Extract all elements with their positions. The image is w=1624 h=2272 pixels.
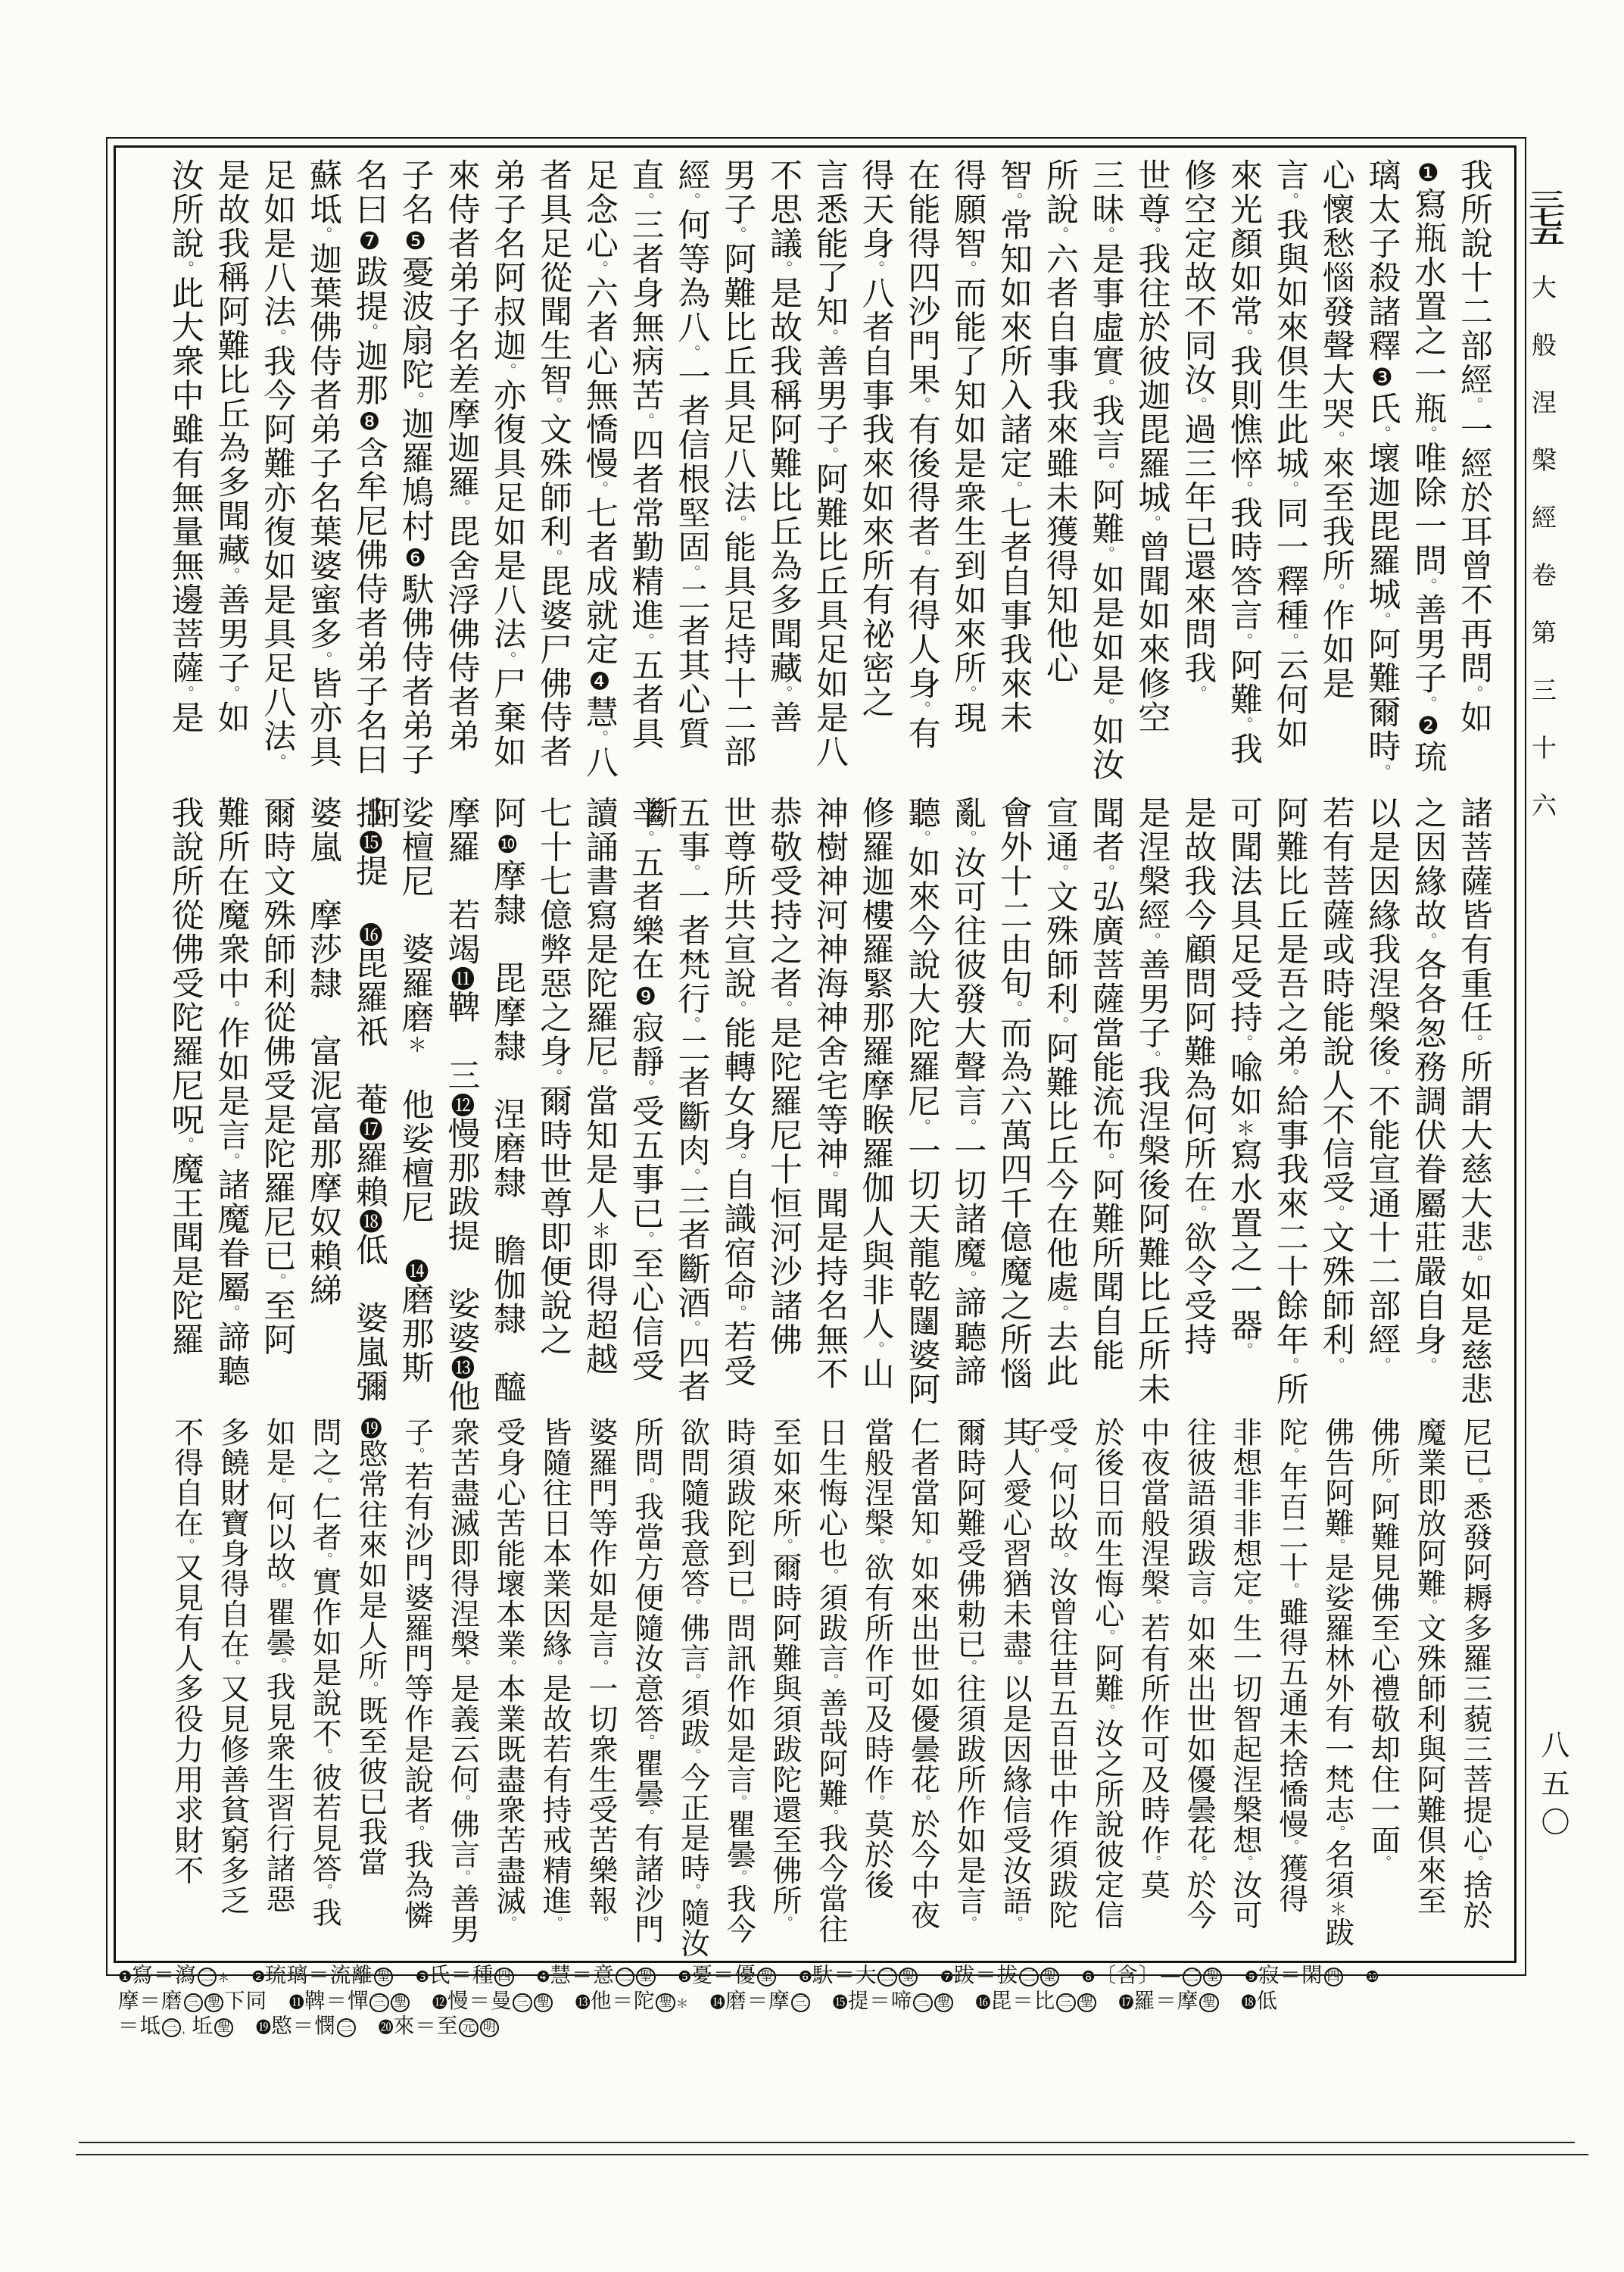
- text-column: 是故我今顧問阿難為何所在。欲令受持: [1167, 796, 1214, 1414]
- text-column: 陀。年百二十。雖得五通未捨憍慢。獲得: [1260, 1417, 1306, 1959]
- text-column: 阿難比丘是吾之弟。給事我來二十餘年。所: [1260, 796, 1306, 1414]
- text-column: 娑檀尼 婆羅磨＊ 他娑檀尼 ⓮磨那斯 阿: [385, 796, 432, 1414]
- text-column: 我所說十二部經。一經於耳曾不再問。如: [1444, 158, 1490, 793]
- text-column: 多饒財寶身得自在。又見修善貧窮多乏: [201, 1417, 248, 1959]
- text-column: 諸菩薩皆有重任。所謂大慈大悲。如是慈悲: [1444, 796, 1490, 1414]
- text-column: 欲問隨我意答。佛言。須跋。今正是時。隨汝: [662, 1417, 708, 1959]
- text-column: 宣通。文殊師利。阿難比丘今在他處。去此: [1030, 796, 1076, 1414]
- text-column: 爾時文殊師利從佛受是陀羅尼已。至阿: [247, 796, 293, 1414]
- text-column: 世尊。我往於彼迦毘羅城。曾聞如來修空: [1122, 158, 1168, 793]
- text-column: 難所在魔衆中。作如是言。諸魔眷屬。諦聽: [201, 796, 248, 1414]
- text-column: 爾時阿難受佛勅已。往須跋所作如是言。: [937, 1417, 983, 1959]
- text-column: 婆羅門等作如是言。一切衆生受苦樂報。: [569, 1417, 616, 1959]
- text-column: 所說。六者自事我來雖未獲得知他心: [1030, 158, 1076, 793]
- text-column: 男子。阿難比丘具足八法。能具足持十二部: [707, 158, 753, 793]
- text-column: 拙⓯提 ⓰毘羅祇 菴⓱羅賴⓲低 婆嵐彌: [339, 796, 385, 1414]
- text-column: 心懷愁惱發聲大哭。來至我所。作如是: [1306, 158, 1352, 793]
- text-column: 直。三者身無病苦。四者常勤精進。五者具: [616, 158, 662, 793]
- text-column: 如是。何以故。瞿曇。我見衆生習行諸惡: [247, 1417, 293, 1959]
- text-column: 阿❿摩隸 毘摩隸 涅磨隸 瞻伽隸 醯: [477, 796, 523, 1414]
- text-column: 摩羅 若竭⓫鞞 三⓬慢那跋提 娑婆⓭他: [432, 796, 478, 1414]
- text-column: 得願智。而能了知如是衆生到如來所。現: [937, 158, 983, 793]
- text-column: 魔業即放阿難。文殊師利與阿難倶來至: [1398, 1417, 1444, 1959]
- text-column: ⓳愍常往來如是人所。既至彼已我當: [339, 1417, 385, 1959]
- text-column: 皆隨往日本業因緣。是故若有持戒精進。: [523, 1417, 569, 1959]
- text-column: 蘇坻。迦葉佛侍者弟子名葉婆蜜多。皆亦具: [293, 158, 339, 793]
- text-column: 辛。五者樂在❾寂靜。受五事已。至心信受: [616, 796, 662, 1414]
- text-column: 不得自在。又見有人多役力用求財不: [155, 1417, 201, 1959]
- text-column: 足如是八法。我今阿難亦復如是具足八法。: [247, 158, 293, 793]
- text-column: 世尊所共宣說。能轉女身。自識宿命。若受: [707, 796, 753, 1414]
- text-column: 言。我與如來倶生此城。同一釋種。云何如: [1260, 158, 1306, 793]
- text-column: ❶寫瓶水置之一瓶。唯除一問。善男子。❷琉: [1398, 158, 1444, 793]
- text-column: 來侍者弟子名差摩迦羅。毘舍浮佛侍者弟: [432, 158, 478, 793]
- text-column: 仁者當知。如來出世如優曇花。於今中夜: [892, 1417, 938, 1959]
- collation-footnotes: ❶寫＝瀉三＊ ❷琉璃＝流離聖 ❸氏＝種四 ❹慧＝意三聖 ❺憂＝優聖 ❻馱＝大三聖…: [118, 1963, 1443, 2039]
- text-column: 以是因緣我涅槃後。不能宣通十二部經。: [1352, 796, 1398, 1414]
- text-column: 是涅槃經。善男子。我涅槃後阿難比丘所未: [1122, 796, 1168, 1414]
- text-column: 會外十二由旬。而為六萬四千億魔之所惱: [983, 796, 1030, 1414]
- text-column: 我說所從佛受陀羅尼呪。魔王聞是陀羅: [155, 796, 201, 1414]
- footnote-row: ＝坻三，坵聖 ⓳愍＝憫三 ⓴來＝至元明: [118, 2014, 1443, 2039]
- text-column: 不思議。是故我稱阿難比丘為多聞藏。善: [753, 158, 800, 793]
- margin-volume-page-number: 三七五: [1519, 189, 1569, 243]
- text-column: 智。常知如來所入諸定。七者自事我來未: [983, 158, 1030, 793]
- text-column: 衆苦盡滅即得涅槃。是義云何。佛言。善男: [432, 1417, 478, 1959]
- text-column: 修羅迦樓羅緊那羅摩睺羅伽人與非人。山: [846, 796, 892, 1414]
- text-column: 之因緣故。各各怱務調伏眷屬莊嚴自身。: [1398, 796, 1444, 1414]
- text-column: 中夜當般涅槃。若有所作可及時作。莫: [1122, 1417, 1168, 1959]
- text-column: 其人愛心習猶未盡。以是因緣信受汝語。: [983, 1417, 1030, 1959]
- text-band-lower: 尼已。悉發阿耨多羅三藐三菩提心。捨於魔業即放阿難。文殊師利與阿難倶來至佛所。阿難…: [146, 1417, 1490, 1959]
- text-column: 恭敬受持之者。是陀羅尼十恒河沙諸佛: [753, 796, 800, 1414]
- text-column: 言悉能了知。善男子。阿難比丘具足如是八: [800, 158, 846, 793]
- text-band-upper: 我所說十二部經。一經於耳曾不再問。如❶寫瓶水置之一瓶。唯除一問。善男子。❷琉璃太…: [146, 158, 1490, 793]
- margin-scripture-title: 大般涅槃經卷第三十六: [1525, 274, 1560, 850]
- text-column: 子。若有沙門婆羅門等作是說者。我為憐: [385, 1417, 432, 1959]
- text-column: 聞者。弘廣菩薩當能流布。阿難所聞自能: [1076, 796, 1122, 1414]
- text-column: 子名❺憂波扇陀。迦羅鳩村❻馱佛侍者弟子: [385, 158, 432, 793]
- text-column: 神樹神河神海神舍宅等神。聞是持名無不: [800, 796, 846, 1414]
- text-column: 者具足從聞生智。文殊師利。毘婆尸佛侍者: [523, 158, 569, 793]
- text-column: 佛所。阿難見佛至心禮敬却住一面。: [1352, 1417, 1398, 1959]
- text-column: 讀誦書寫是陀羅尼。當知是人＊即得超越: [569, 796, 616, 1414]
- text-column: 日生悔心也。須跋言。善哉阿難。我今當往: [800, 1417, 846, 1959]
- text-column: 當般涅槃。欲有所作可及時作。莫於後: [846, 1417, 892, 1959]
- text-band-middle: 諸菩薩皆有重任。所謂大慈大悲。如是慈悲之因緣故。各各怱務調伏眷屬莊嚴自身。以是因…: [146, 796, 1490, 1414]
- text-column: 尼已。悉發阿耨多羅三藐三菩提心。捨於: [1444, 1417, 1490, 1959]
- footnote-row: ❶寫＝瀉三＊ ❷琉璃＝流離聖 ❸氏＝種四 ❹慧＝意三聖 ❺憂＝優聖 ❻馱＝大三聖…: [118, 1963, 1443, 1989]
- text-column: 可聞法具足受持。喩如＊寫水置之一器。: [1214, 796, 1260, 1414]
- text-column: 問之。仁者。實作如是說不。彼若見答。我: [293, 1417, 339, 1959]
- bottom-rule: [79, 2142, 1575, 2143]
- text-column: 是故我稱阿難比丘為多聞藏。善男子。如: [201, 158, 248, 793]
- page: { "margin": { "volume_page": "三七五", "scr…: [0, 0, 1624, 2272]
- text-frame: 我所說十二部經。一經於耳曾不再問。如❶寫瓶水置之一瓶。唯除一問。善男子。❷琉璃太…: [114, 145, 1516, 1963]
- text-column: 佛告阿難。是娑羅林外有一梵志。名須＊跋: [1306, 1417, 1352, 1959]
- text-column: 足念心。六者心無憍慢。七者成就定❹慧。八: [569, 158, 616, 793]
- text-column: 受身心苦能壞本業。本業既盡衆苦盡滅。: [477, 1417, 523, 1959]
- text-column: 弟子名阿叔迦。亦復具足如是八法。尸棄如: [477, 158, 523, 793]
- text-column: 受。何以故。汝曾往昔五百世中作須跋陀子。: [1030, 1417, 1076, 1959]
- text-column: 三昧。是事虛實。我言。阿難。如是如是。如汝: [1076, 158, 1122, 793]
- text-column: 所問。我當方便隨汝意答。瞿曇。有諸沙門: [616, 1417, 662, 1959]
- text-column: 在能得四沙門果。有後得者。有得人身。有: [892, 158, 938, 793]
- text-column: 汝所說。此大衆中雖有無量無邊菩薩。是: [155, 158, 201, 793]
- footnote-row: 摩＝磨三聖下同 ⓫鞞＝憚三聖 ⓬慢＝曼三聖 ⓭他＝陀聖＊ ⓮磨＝摩三 ⓯提＝啼三…: [118, 1989, 1443, 2015]
- text-column: 時須跋陀到已。問訊作如是言。瞿曇。我今: [707, 1417, 753, 1959]
- margin-taisho-page-number: 八五〇: [1532, 1730, 1574, 1846]
- text-column: 五事。一者梵行。二者斷肉。三者斷酒。四者斷: [662, 796, 708, 1414]
- text-column: 經。何等為八。一者信根堅固。二者其心質: [662, 158, 708, 793]
- text-column: 亂。汝可往彼發大聲言。一切諸魔。諦聽諦: [937, 796, 983, 1414]
- text-column: 來光顏如常。我則憔悴。我時答言。阿難。我: [1214, 158, 1260, 793]
- text-column: 往彼語須跋言。如來出世如優曇花。於今: [1167, 1417, 1214, 1959]
- text-column: 聽。如來今說大陀羅尼。一切天龍乾闥婆阿: [892, 796, 938, 1414]
- text-column: 修空定故不同汝。過三年已還來問我。: [1167, 158, 1214, 793]
- text-column: 名曰❼跋提。迦那❽含牟尼佛侍者弟子名曰: [339, 158, 385, 793]
- text-column: 七十七億弊惡之身。爾時世尊即便說之: [523, 796, 569, 1414]
- bottom-rule: [76, 2154, 1588, 2155]
- text-column: 於後日而生悔心。阿難。汝之所說彼定信: [1076, 1417, 1122, 1959]
- text-column: 至如來所。爾時阿難與須跋陀還至佛所。: [753, 1417, 800, 1959]
- text-column: 得天身。八者自事我來如來所有祕密之: [846, 158, 892, 793]
- text-column: 婆嵐 摩莎隸 富泥富那摩奴賴綈: [293, 796, 339, 1414]
- text-column: 璃太子殺諸釋❸氏。壞迦毘羅城。阿難爾時。: [1352, 158, 1398, 793]
- text-column: 非想非非想定。生一切智起涅槃想。汝可: [1214, 1417, 1260, 1959]
- text-column: 若有菩薩或時能說人不信受。文殊師利。: [1306, 796, 1352, 1414]
